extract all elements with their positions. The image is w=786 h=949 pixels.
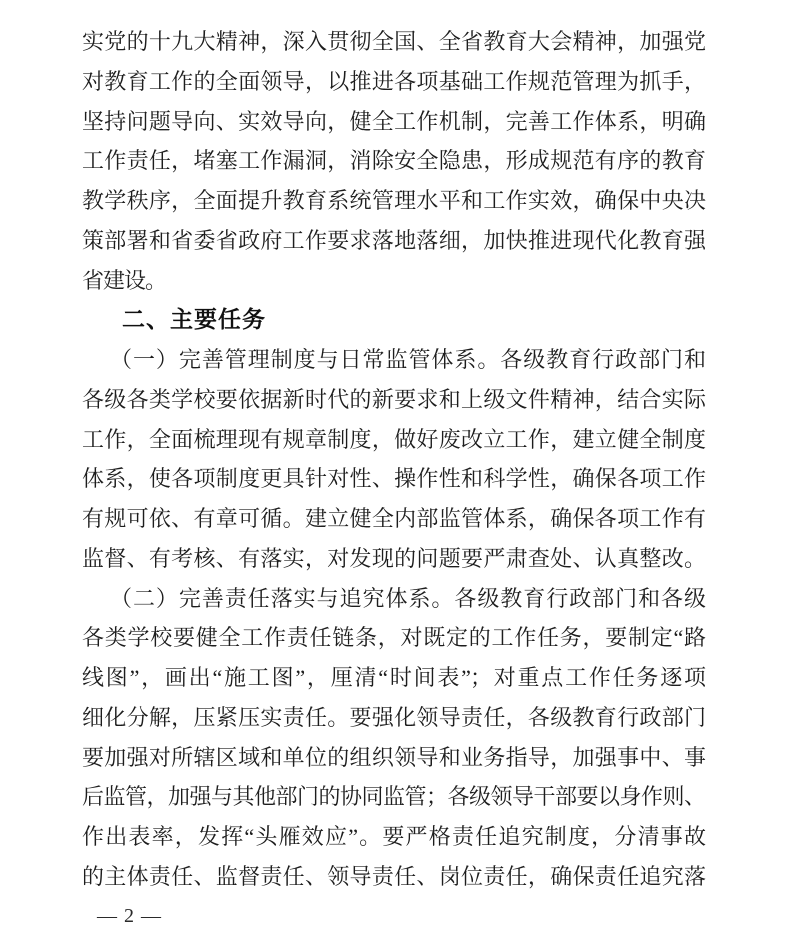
page-number: — 2 — xyxy=(97,905,162,927)
document-line: （一）完善管理制度与日常监管体系。各级教育行政部门和 xyxy=(82,340,705,380)
document-line: 的主体责任、监督责任、领导责任、岗位责任，确保责任追究落 xyxy=(82,857,705,897)
document-line: 省建设。 xyxy=(82,261,705,301)
section-heading: 二、主要任务 xyxy=(82,300,705,340)
document-line: 各级各类学校要依据新时代的新要求和上级文件精神，结合实际 xyxy=(82,380,705,420)
document-line: 策部署和省委省政府工作要求落地落细，加快推进现代化教育强 xyxy=(82,221,705,261)
document-line: （二）完善责任落实与追究体系。各级教育行政部门和各级 xyxy=(82,579,705,619)
document-line: 工作责任，堵塞工作漏洞，消除安全隐患，形成规范有序的教育 xyxy=(82,141,705,181)
document-line: 监督、有考核、有落实，对发现的问题要严肃查处、认真整改。 xyxy=(82,539,705,579)
document-line: 教学秩序，全面提升教育系统管理水平和工作实效，确保中央决 xyxy=(82,181,705,221)
document-line: 有规可依、有章可循。建立健全内部监管体系，确保各项工作有 xyxy=(82,499,705,539)
document-line: 作出表率，发挥“头雁效应”。要严格责任追究制度，分清事故 xyxy=(82,817,705,857)
text-block: 实党的十九大精神，深入贯彻全国、全省教育大会精神，加强党 对教育工作的全面领导，… xyxy=(82,22,705,897)
document-line: 线图”，画出“施工图”，厘清“时间表”；对重点工作任务逐项 xyxy=(82,658,705,698)
document-line: 要加强对所辖区域和单位的组织领导和业务指导，加强事中、事 xyxy=(82,738,705,778)
document-line: 后监管，加强与其他部门的协同监管；各级领导干部要以身作则、 xyxy=(82,777,705,817)
document-page: 实党的十九大精神，深入贯彻全国、全省教育大会精神，加强党 对教育工作的全面领导，… xyxy=(0,0,786,949)
document-line: 体系，使各项制度更具针对性、操作性和科学性，确保各项工作 xyxy=(82,459,705,499)
document-line: 实党的十九大精神，深入贯彻全国、全省教育大会精神，加强党 xyxy=(82,22,705,62)
page-footer: — 2 — xyxy=(97,903,162,929)
document-line: 对教育工作的全面领导，以推进各项基础工作规范管理为抓手， xyxy=(82,62,705,102)
document-line: 工作，全面梳理现有规章制度，做好废改立工作，建立健全制度 xyxy=(82,420,705,460)
document-line: 坚持问题导向、实效导向，健全工作机制，完善工作体系，明确 xyxy=(82,102,705,142)
document-line: 各类学校要健全工作责任链条，对既定的工作任务，要制定“路 xyxy=(82,618,705,658)
document-line: 细化分解，压紧压实责任。要强化领导责任，各级教育行政部门 xyxy=(82,698,705,738)
